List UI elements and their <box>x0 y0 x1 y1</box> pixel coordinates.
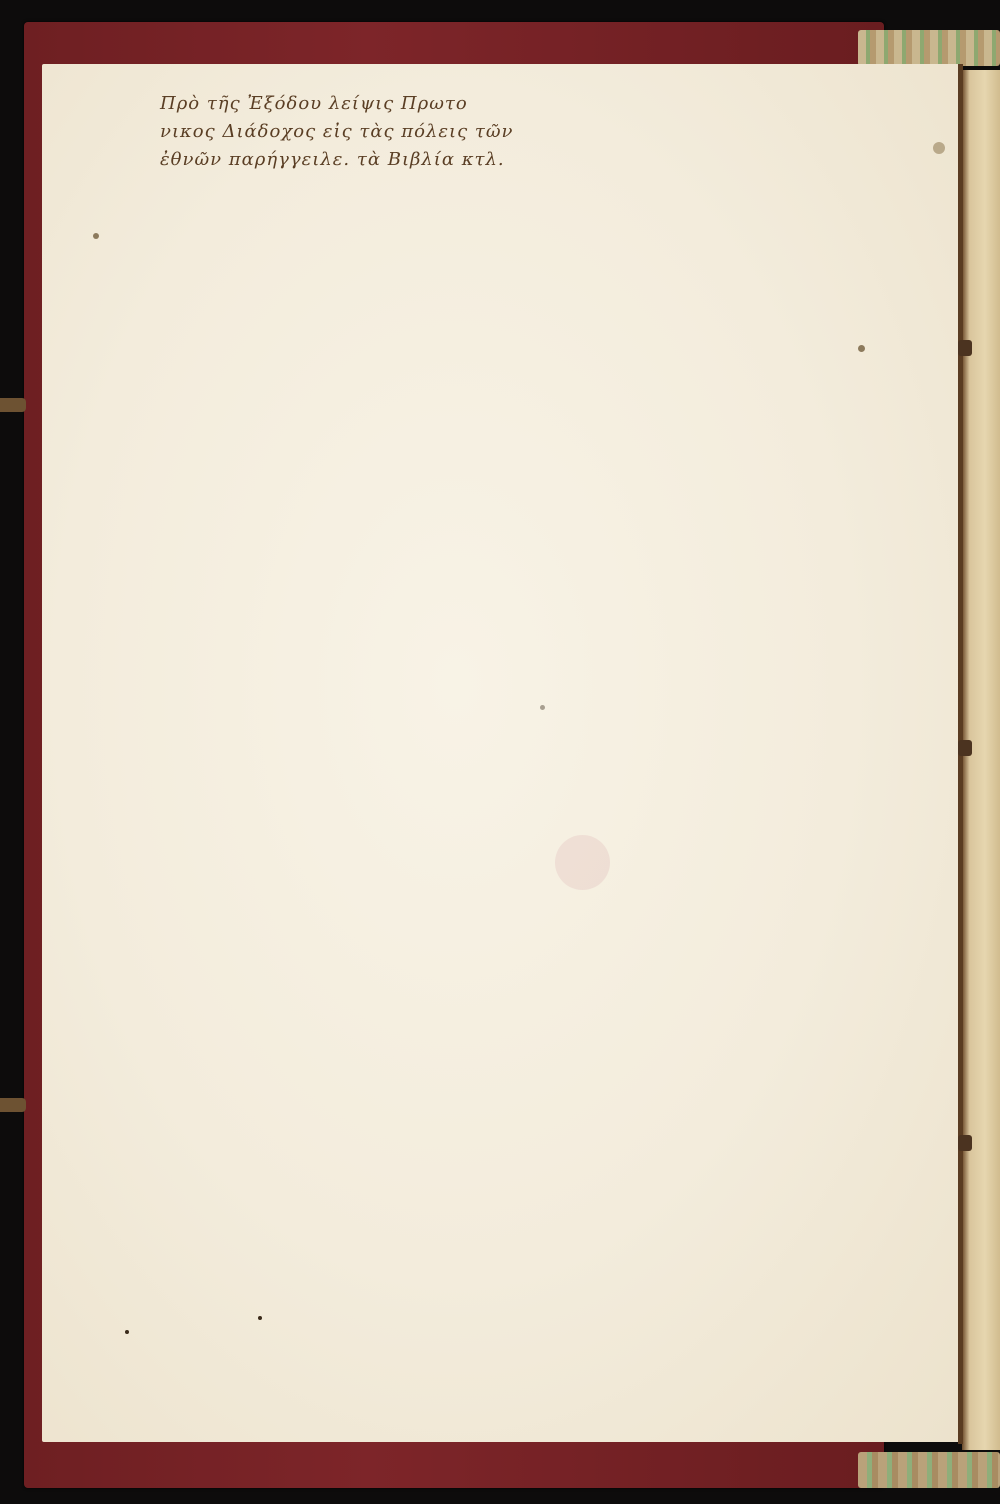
stain-spot <box>933 142 945 154</box>
note-line: νικος Διάδοχος εἰς τὰς πόλεις τῶν <box>160 118 540 146</box>
clasp-lower <box>0 1098 26 1112</box>
note-line: Πρὸ τῆς Ἐξόδου λείψις Πρωτο <box>160 90 540 118</box>
vellum-flyleaf <box>42 64 962 1442</box>
faded-red-stamp <box>555 835 610 890</box>
headband-bottom <box>858 1452 1000 1488</box>
ink-spot <box>540 705 545 710</box>
ink-spot <box>93 233 99 239</box>
ink-spot <box>258 1316 262 1320</box>
sewing-tie <box>958 1135 972 1151</box>
sewing-tie <box>958 740 972 756</box>
headband-top <box>858 30 1000 66</box>
ink-spot <box>858 345 865 352</box>
note-line: ἐθνῶν παρήγγειλε. τὰ Βιβλία κτλ. <box>160 146 540 174</box>
ink-spot <box>125 1330 129 1334</box>
handwritten-greek-note: Πρὸ τῆς Ἐξόδου λείψις Πρωτο νικος Διάδοχ… <box>160 90 540 174</box>
text-block-edge <box>962 70 1000 1450</box>
clasp-upper <box>0 398 26 412</box>
sewing-tie <box>958 340 972 356</box>
